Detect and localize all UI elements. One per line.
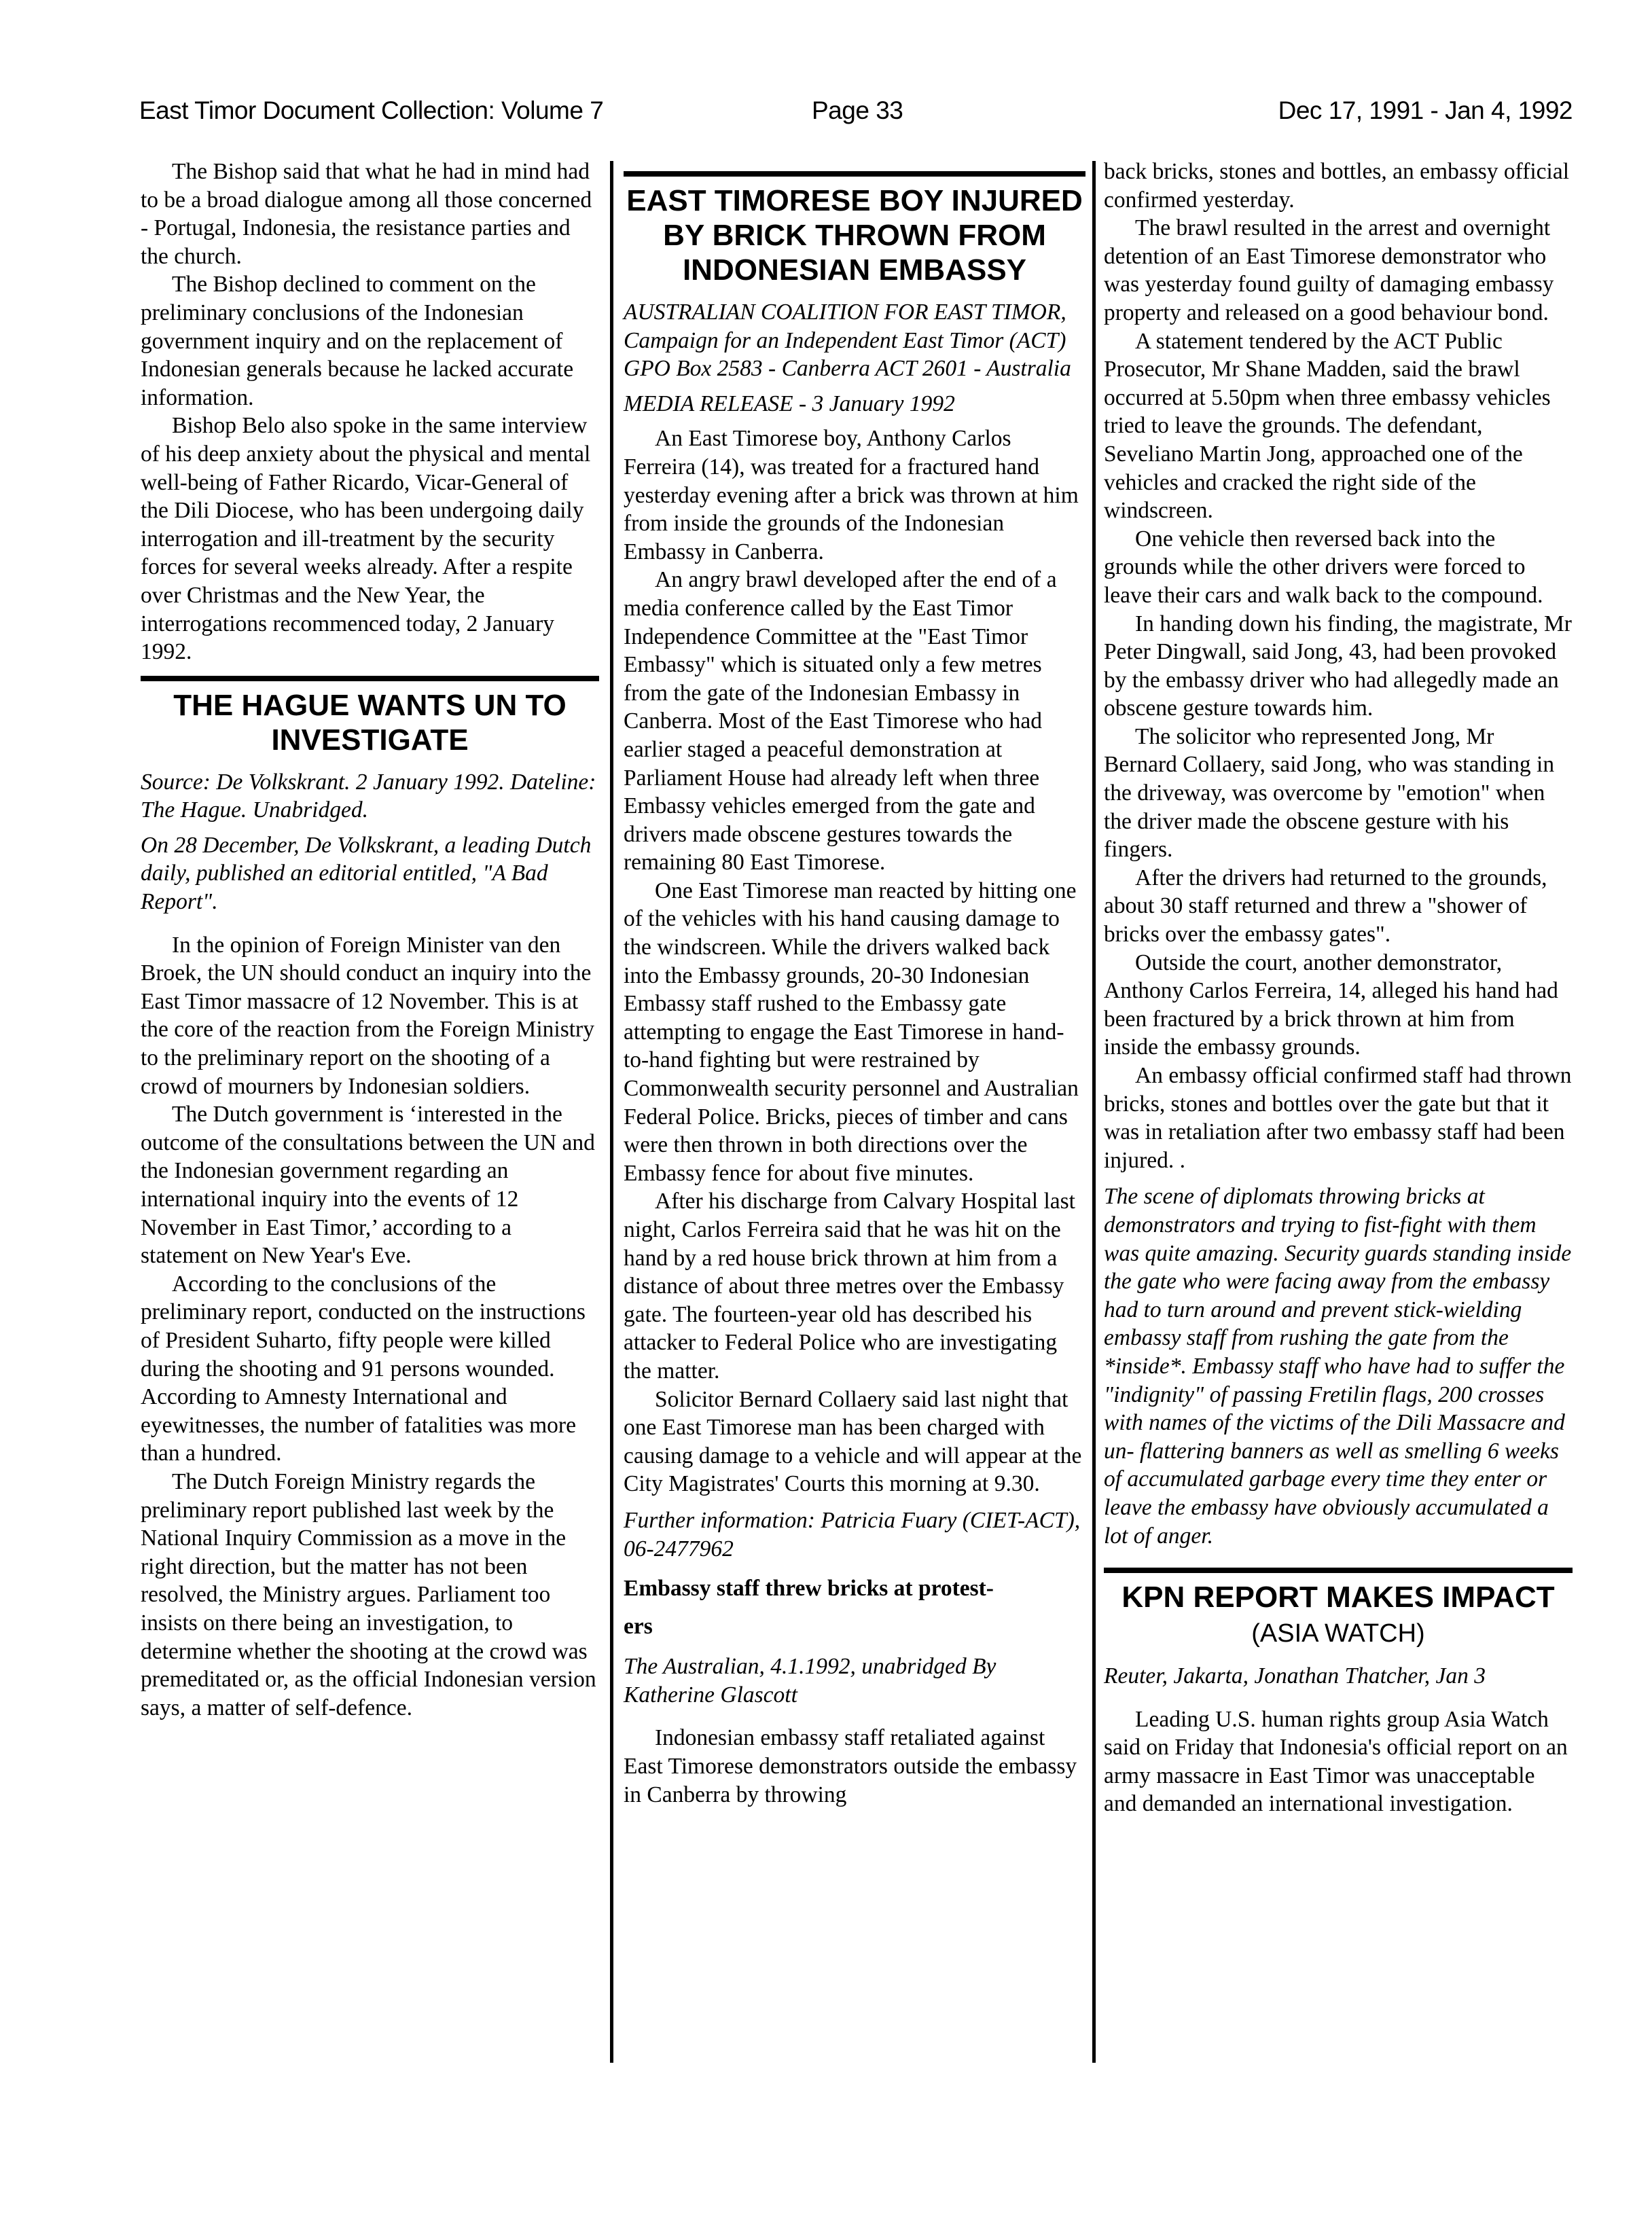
left-column: The Bishop said that what he had in mind… [141,158,599,1722]
paragraph: The brawl resulted in the arrest and ove… [1104,214,1573,327]
paragraph: The Bishop declined to comment on the pr… [141,270,599,412]
paragraph: In handing down his finding, the magistr… [1104,610,1573,723]
paragraph: The Bishop said that what he had in mind… [141,158,599,270]
section-rule [141,676,599,681]
document-page: East Timor Document Collection: Volume 7… [0,0,1652,2221]
paragraph: After his discharge from Calvary Hospita… [624,1187,1085,1385]
paragraph: The Dutch Foreign Ministry regards the p… [141,1468,599,1722]
article-source: AUSTRALIAN COALITION FOR EAST TIMOR, Cam… [624,298,1085,383]
paragraph: One vehicle then reversed back into the … [1104,525,1573,610]
paragraph: Leading U.S. human rights group Asia Wat… [1104,1705,1573,1818]
page-header: East Timor Document Collection: Volume 7… [139,96,1573,137]
collection-title: East Timor Document Collection: Volume 7 [139,96,603,125]
section-rule [624,171,1085,177]
media-release-line: MEDIA RELEASE - 3 January 1992 [624,390,1085,418]
article-headline: THE HAGUE WANTS UN TO INVESTIGATE [141,688,599,757]
column-divider [610,161,613,2063]
paragraph: Solicitor Bernard Collaery said last nig… [624,1386,1085,1498]
section-rule [1104,1568,1573,1573]
paragraph: A statement tendered by the ACT Public P… [1104,327,1573,525]
date-range: Dec 17, 1991 - Jan 4, 1992 [1278,96,1573,125]
paragraph: Indonesian embassy staff retaliated agai… [624,1724,1085,1809]
paragraph: In the opinion of Foreign Minister van d… [141,931,599,1101]
paragraph: An embassy official confirmed staff had … [1104,1062,1573,1174]
paragraph: An East Timorese boy, Anthony Carlos Fer… [624,425,1085,566]
paragraph: Bishop Belo also spoke in the same inter… [141,412,599,666]
editorial-commentary: The scene of diplomats throwing bricks a… [1104,1182,1573,1550]
paragraph: back bricks, stones and bottles, an emba… [1104,158,1573,214]
article-intro: On 28 December, De Volkskrant, a leading… [141,831,599,916]
paragraph: According to the conclusions of the prel… [141,1270,599,1468]
article-source: Source: De Volkskrant. 2 January 1992. D… [141,768,599,825]
article-source: Reuter, Jakarta, Jonathan Thatcher, Jan … [1104,1662,1573,1691]
middle-column: EAST TIMORESE BOY INJURED BY BRICK THROW… [624,158,1085,1809]
paragraph: After the drivers had returned to the gr… [1104,864,1573,949]
paragraph: The solicitor who represented Jong, Mr B… [1104,723,1573,864]
sub-article-headline: Embassy staff threw bricks at protest-er… [624,1570,1085,1646]
page-number: Page 33 [812,96,903,125]
further-information: Further information: Patricia Fuary (CIE… [624,1506,1085,1563]
paragraph: Outside the court, another demonstrator,… [1104,949,1573,1062]
right-column: back bricks, stones and bottles, an emba… [1104,158,1573,1818]
paragraph: The Dutch government is ‘interested in t… [141,1100,599,1270]
article-headline: KPN REPORT MAKES IMPACT (ASIA WATCH) [1104,1580,1573,1651]
column-divider [1092,161,1096,2063]
paragraph: An angry brawl developed after the end o… [624,566,1085,877]
sub-article-source: The Australian, 4.1.1992, unabridged By … [624,1653,1085,1709]
article-headline: EAST TIMORESE BOY INJURED BY BRICK THROW… [624,183,1085,287]
paragraph: One East Timorese man reacted by hitting… [624,877,1085,1188]
